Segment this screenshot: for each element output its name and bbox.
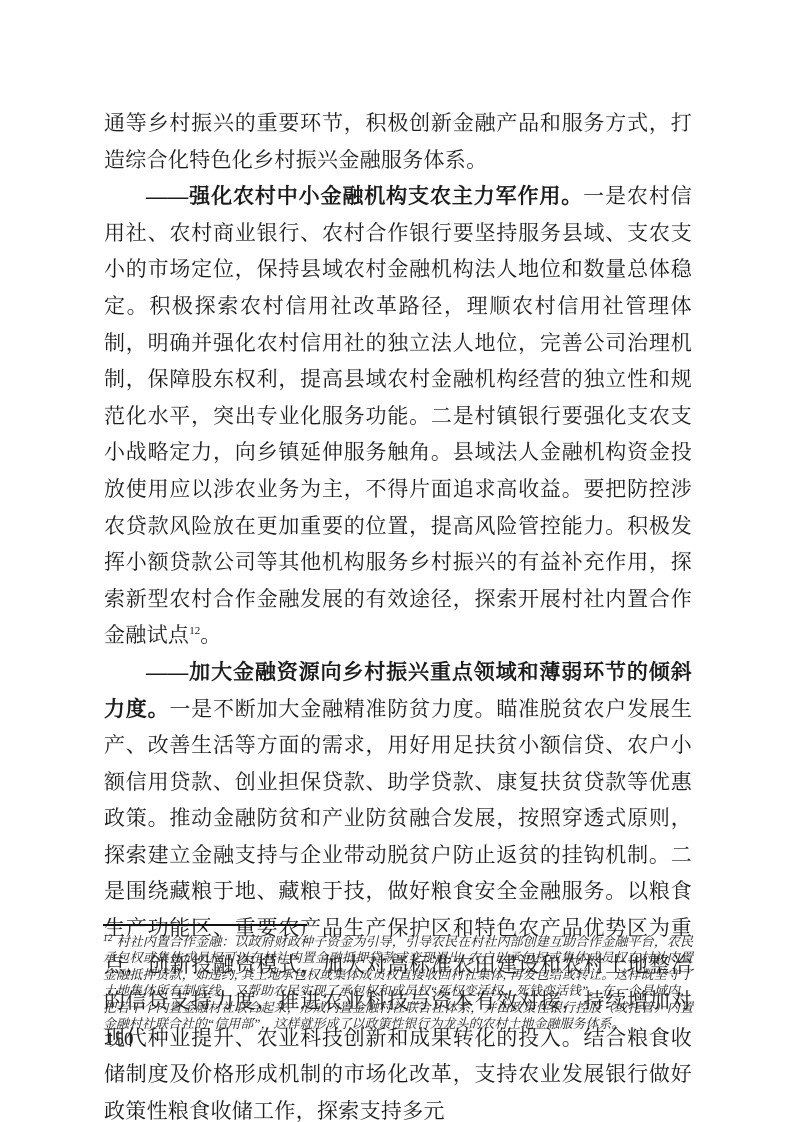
footnote: 12村社内置合作金融：以政府财政种子资金为引导，引导农民在村社内部创建互助合作金… (103, 934, 693, 1032)
footnote-marker: 12 (103, 934, 113, 944)
section-heading-lead: ——强化农村中小金融机构支农主力军作用。 (146, 184, 583, 208)
paragraph-text: 一是农村信用社、农村商业银行、农村合作银行要坚持服务县域、支农支小的市场定位，保… (104, 184, 692, 647)
document-page: 通等乡村振兴的重要环节，积极创新金融产品和服务方式，打造综合化特色化乡村振兴金融… (0, 0, 793, 1122)
body-paragraph: 通等乡村振兴的重要环节，积极创新金融产品和服务方式，打造综合化特色化乡村振兴金融… (104, 105, 692, 178)
page-number: 150 (105, 1029, 134, 1051)
footnote-text: 村社内置合作金融：以政府财政种子资金为引导，引导农民在村社内部创建互助合作金融平… (103, 934, 693, 1031)
paragraph-text: 通等乡村振兴的重要环节，积极创新金融产品和服务方式，打造综合化特色化乡村振兴金融… (104, 111, 692, 172)
paragraph-text: 一是不断加大金融精准防贫力度。瞄准脱贫农户发展生产、改善生活等方面的需求，用好用… (104, 697, 692, 1122)
body-paragraph: ——强化农村中小金融机构支农主力军作用。一是农村信用社、农村商业银行、农村合作银… (104, 178, 692, 654)
footnote-area: 12村社内置合作金融：以政府财政种子资金为引导，引导农民在村社内部创建互助合作金… (103, 924, 693, 1032)
body-paragraph: ——加大金融资源向乡村振兴重点领域和薄弱环节的倾斜力度。一是不断加大金融精准防贫… (104, 654, 692, 1122)
paragraph-text-after-ref: 。 (200, 623, 221, 647)
footnote-reference: 12 (189, 625, 200, 637)
footnote-separator (103, 924, 307, 926)
